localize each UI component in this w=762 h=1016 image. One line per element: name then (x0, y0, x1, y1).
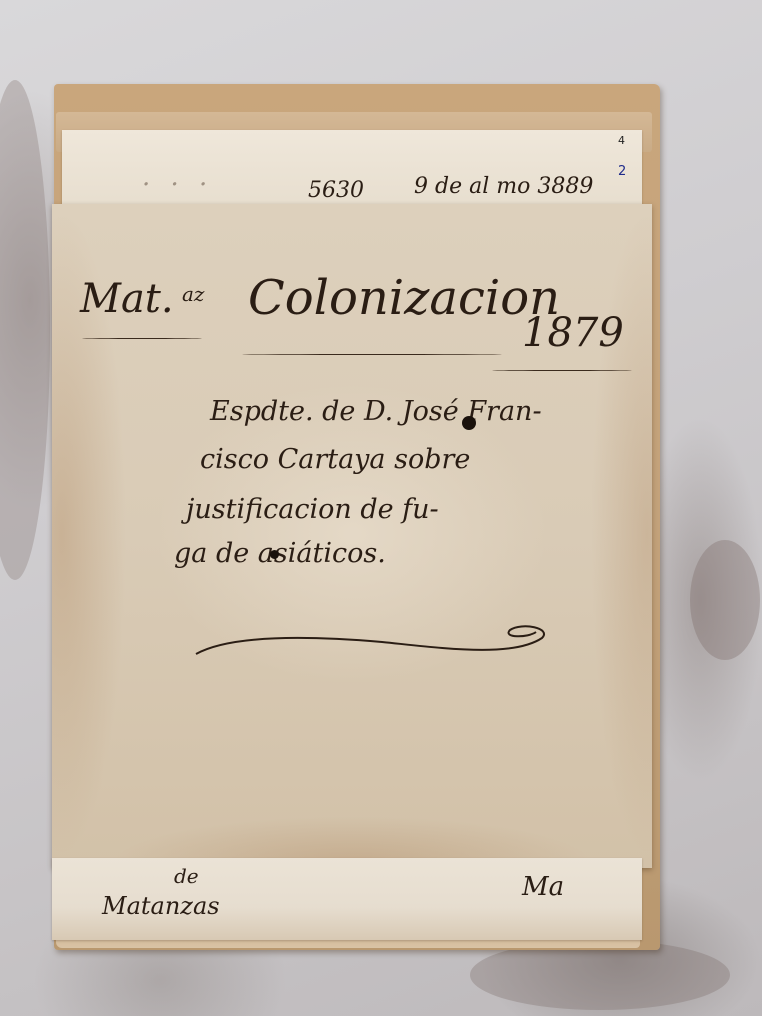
faded-text: · · · (142, 170, 213, 200)
bottom-text-matanzas: Matanzas (102, 892, 220, 920)
ink-blot (270, 550, 279, 559)
marble-vein (0, 80, 50, 580)
slip-date: 9 de al mo 3889 (414, 174, 593, 199)
description-line-3: justificacion de fu- (186, 494, 439, 525)
corner-number-4: 4 (618, 134, 625, 147)
corner-number-2: 2 (618, 164, 626, 179)
title-underline (242, 354, 502, 355)
bottom-text-de: de (174, 864, 199, 888)
marble-vein (690, 540, 760, 660)
document-year: 1879 (522, 310, 624, 356)
ink-blot (462, 416, 476, 430)
province-superscript: az (182, 282, 204, 306)
description-line-4: ga de asiáticos. (174, 538, 386, 569)
description-line-1: Espdte. de D. José Fran- (210, 396, 542, 427)
description-line-2: cisco Cartaya sobre (200, 444, 470, 475)
year-underline (492, 370, 632, 371)
document-cover: Mat. az Colonizacion 1879 Espdte. de D. … (52, 204, 652, 868)
marble-vein (470, 940, 730, 1010)
bottom-label-slip: de Matanzas Ma (52, 858, 642, 940)
flourish-ornament (192, 616, 552, 666)
province-underline (82, 338, 202, 339)
reference-number: 5630 (308, 178, 364, 203)
province-abbrev: Mat. (80, 276, 174, 322)
bottom-text-right: Ma (522, 872, 564, 902)
document-title: Colonizacion (248, 270, 560, 326)
